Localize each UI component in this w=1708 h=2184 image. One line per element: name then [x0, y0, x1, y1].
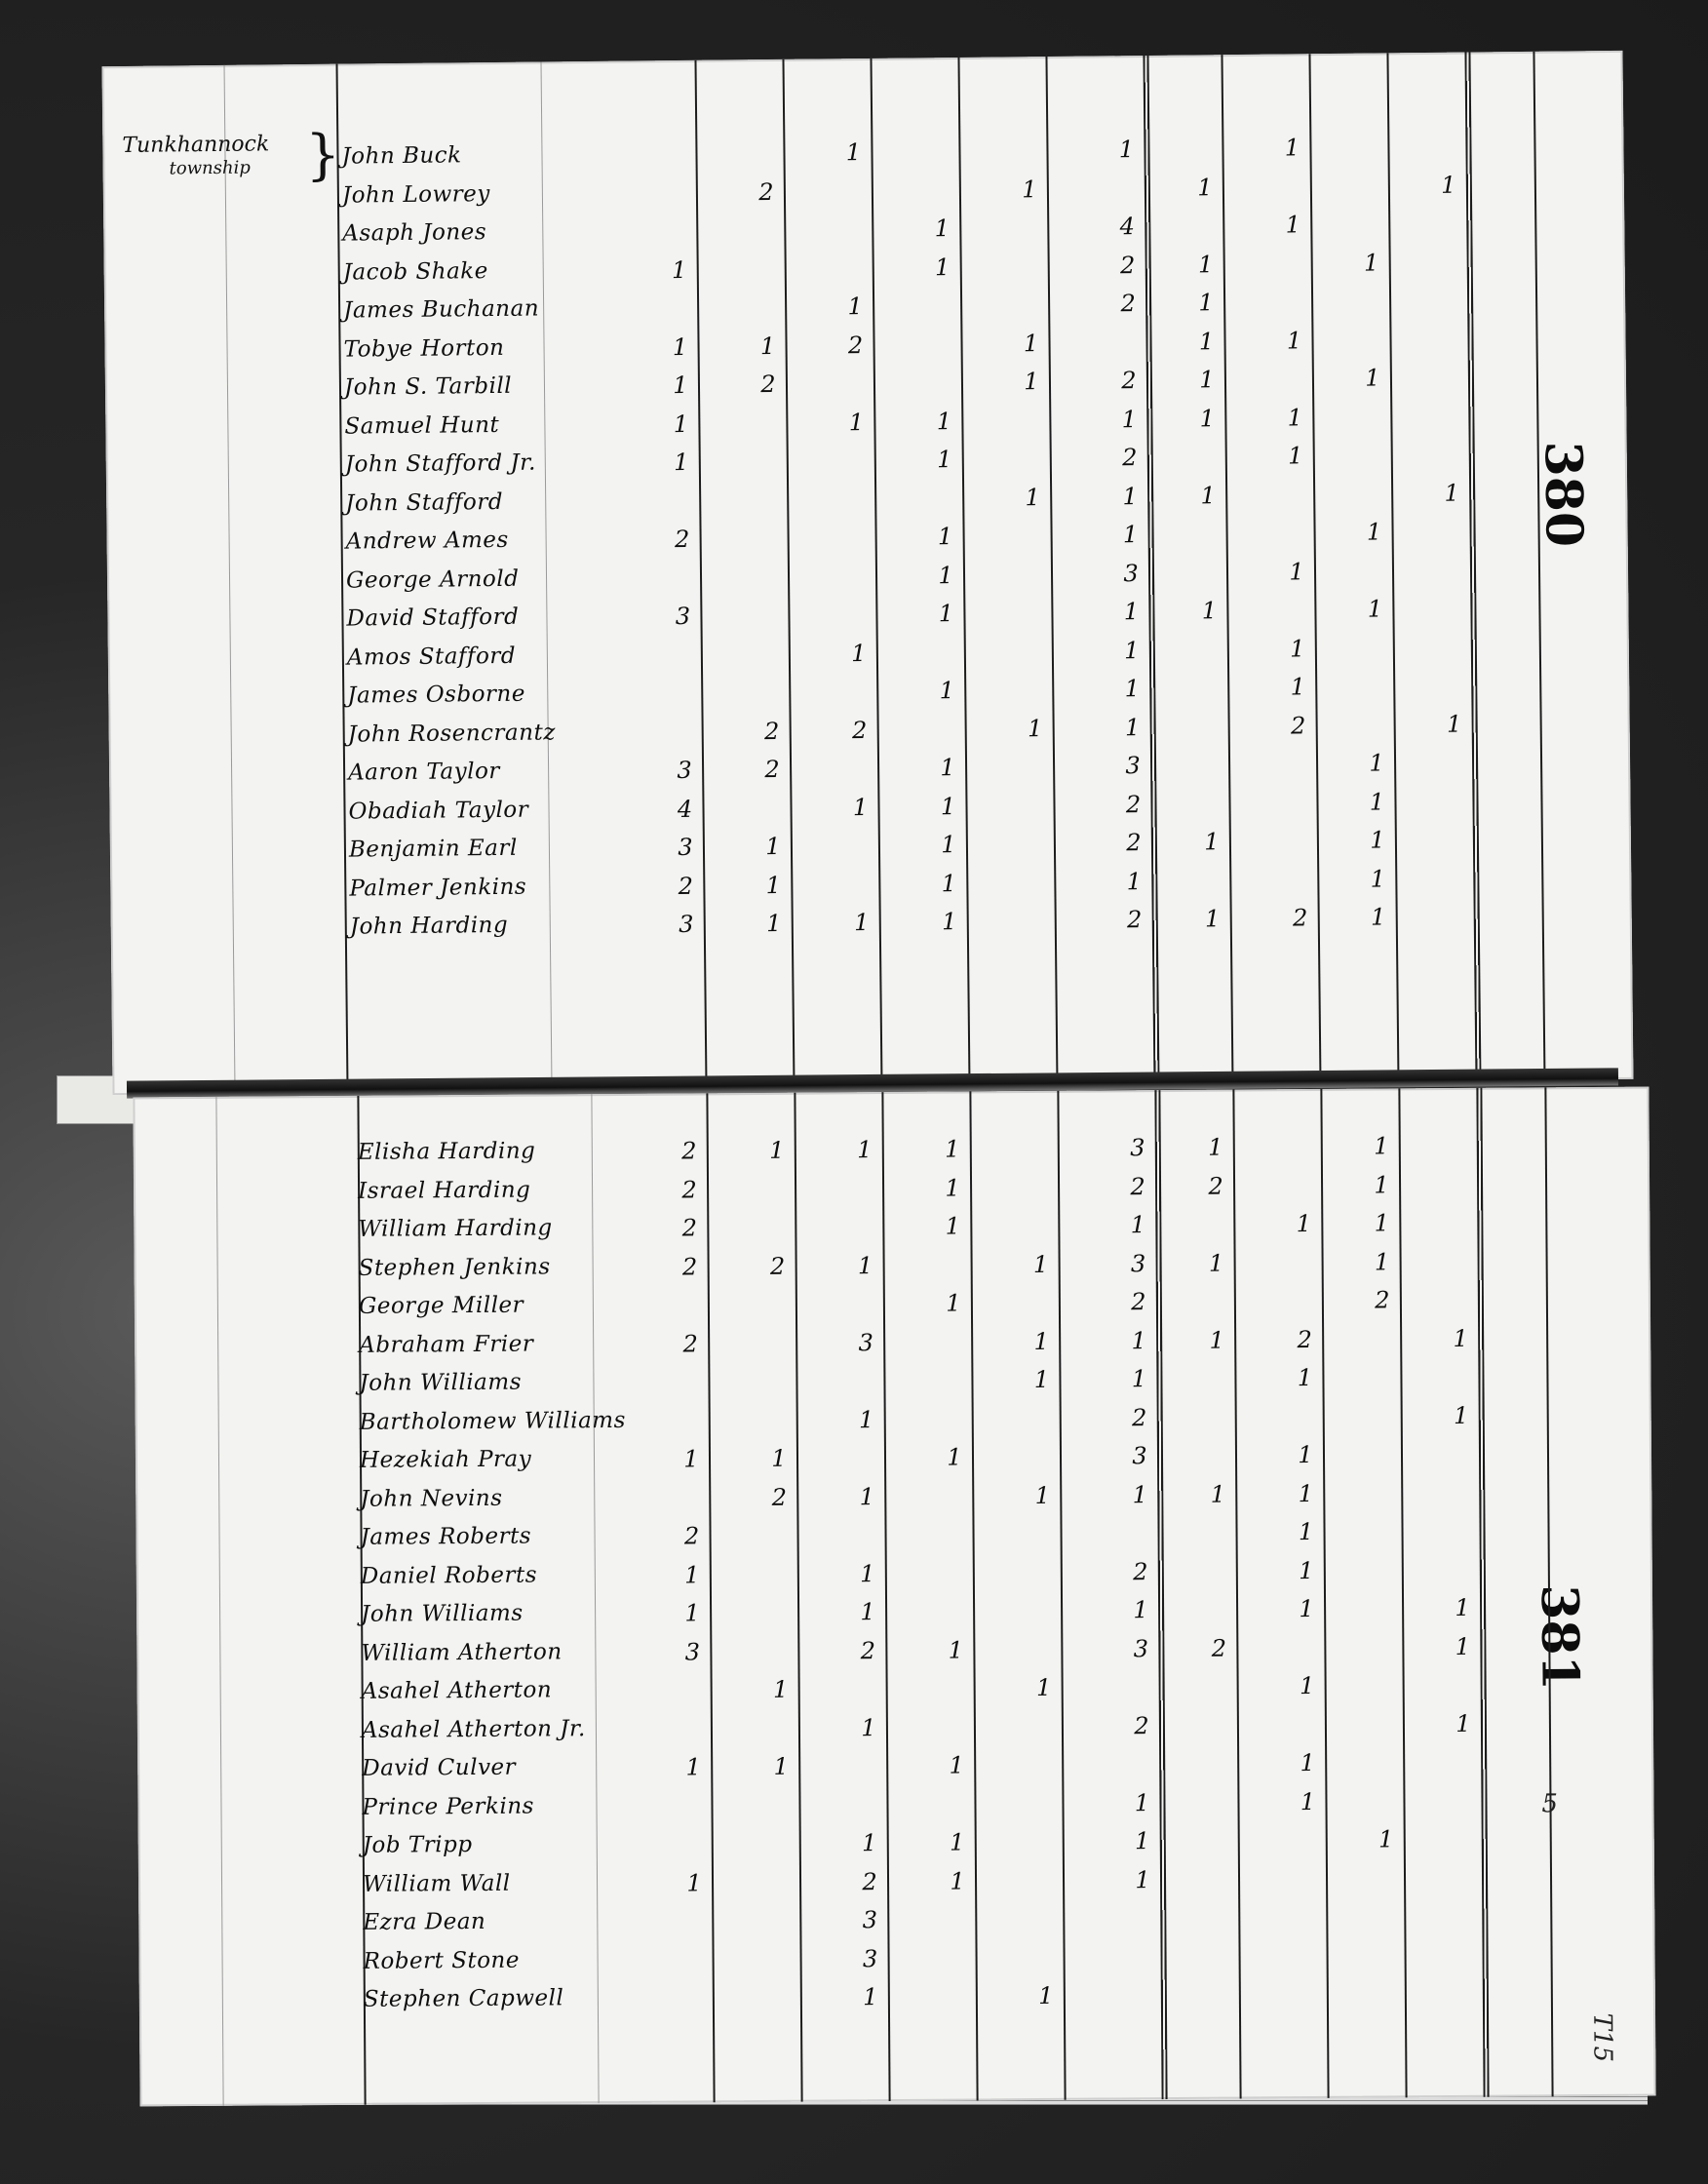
tally-cell: 1	[912, 214, 971, 243]
brace-mark: }	[305, 129, 340, 183]
resident-name: John Lowrey	[342, 180, 551, 221]
tally-cell: 1	[738, 331, 796, 360]
tally-cell: 1	[833, 909, 891, 937]
tally-cell: 1	[1275, 1364, 1334, 1391]
tally-cell: 1	[1002, 368, 1061, 396]
tally-cell: 1	[920, 908, 979, 936]
resident-name: James Buchanan	[343, 295, 552, 336]
tally-cell: 1	[919, 831, 978, 859]
tally-cell: 1	[750, 1445, 808, 1472]
resident-name: Stephen Capwell	[364, 1985, 630, 2025]
column-rule	[794, 1093, 802, 2102]
tally-cell: 1	[1345, 595, 1404, 623]
tally-cell: 1	[915, 446, 974, 474]
tally-cell: 1	[1352, 1171, 1411, 1198]
tally-cell: 2	[739, 370, 797, 399]
tally-cell: 1	[1178, 366, 1236, 394]
tally-cell: 2	[652, 526, 711, 554]
tally-cell: 1	[1276, 1441, 1335, 1468]
tally-cell: 2	[660, 1214, 718, 1241]
tally-cell: 1	[1343, 364, 1402, 392]
resident-name: Jacob Shake	[343, 257, 552, 298]
resident-name: Robert Stone	[364, 1946, 630, 1986]
tally-cell: 1	[917, 677, 976, 705]
tally-cell: 1	[1344, 518, 1403, 546]
resident-name: Daniel Roberts	[361, 1561, 627, 1601]
tally-cell: 1	[841, 1983, 900, 2010]
tally-cell: 2	[662, 1522, 720, 1549]
tally-cell: 3	[655, 757, 714, 785]
tally-cell: 1	[1178, 405, 1236, 433]
resident-name: William Atherton	[361, 1638, 627, 1678]
tally-cell: 2	[1271, 904, 1330, 932]
tally-cell: 1	[1015, 1674, 1073, 1701]
tally-cell: 1	[915, 523, 974, 551]
column-rule	[1533, 52, 1545, 1080]
tally-cell: 1	[663, 1599, 721, 1626]
name-list: Elisha HardingIsrael HardingWilliam Hard…	[358, 1138, 630, 2025]
tally-cell: 1	[1187, 1249, 1246, 1276]
tally-cell: 1	[1352, 1132, 1411, 1159]
column-rule	[1320, 1089, 1329, 2098]
tally-cell: 2	[826, 331, 884, 359]
tally-cell: 2	[660, 1176, 718, 1203]
tally-cell: 1	[831, 793, 889, 821]
corner-mark: T15	[1587, 2013, 1616, 2063]
tally-cell: 1	[1274, 1210, 1333, 1237]
tally-cell: 1	[664, 1753, 722, 1780]
resident-name: Ezra Dean	[363, 1908, 629, 1948]
tally-cell: 1	[650, 332, 709, 361]
tally-cell: 1	[1277, 1595, 1336, 1622]
tally-cell: 1	[923, 1135, 982, 1162]
tally-cell: 1	[838, 1559, 897, 1586]
column-rule	[1464, 52, 1481, 1080]
tally-cell: 4	[655, 795, 714, 823]
resident-name: David Stafford	[346, 604, 555, 644]
tally-cell: 1	[927, 1751, 986, 1778]
tally-cell: 1	[1348, 865, 1407, 893]
tally-cell: 1	[1184, 905, 1242, 933]
tally-cell: 1	[745, 910, 803, 938]
tally-cell: 1	[1012, 1327, 1070, 1354]
tally-cell: 1	[1277, 1556, 1336, 1583]
resident-name: Asahel Atherton	[362, 1677, 628, 1717]
column-rule	[969, 1091, 978, 2100]
tally-cell: 2	[750, 1483, 808, 1510]
ledger-page-top: Tunkhannock township } John BuckJohn Low…	[102, 51, 1634, 1095]
tally-cell: 1	[919, 869, 978, 897]
tally-cell: 1	[1266, 442, 1325, 470]
tally-cell: 1	[824, 138, 882, 167]
resident-name: George Arnold	[346, 565, 555, 606]
tally-cell: 3	[840, 1944, 899, 1971]
tally-cell: 1	[1180, 597, 1238, 625]
resident-name: John S. Tarbill	[344, 372, 553, 413]
tally-cell: 1	[1013, 1481, 1071, 1508]
column-rule	[1057, 1091, 1066, 2100]
tally-cell: 2	[838, 1636, 897, 1663]
resident-name: John Stafford Jr.	[345, 449, 554, 490]
tally-cell: 1	[1179, 482, 1237, 510]
tally-cell: 1	[835, 1136, 894, 1163]
tally-cell: 1	[1176, 174, 1234, 202]
tally-cell: 1	[918, 792, 977, 820]
tally-cell: 1	[1186, 1133, 1245, 1160]
resident-name: Bartholomew Williams	[360, 1407, 626, 1447]
resident-name: Aaron Taylor	[348, 758, 557, 799]
tally-cell: 2	[1353, 1286, 1412, 1313]
tally-cell: 2	[1269, 712, 1328, 740]
tally-cell: 2	[743, 717, 801, 745]
tally-cell: 1	[914, 407, 973, 435]
tally-cell: 1	[1001, 329, 1060, 357]
tally-cell: 2	[831, 716, 889, 744]
resident-name: Prince Perkins	[362, 1792, 628, 1832]
tally-cell: 2	[737, 177, 796, 206]
tally-cell: 1	[1267, 558, 1326, 586]
resident-name: Abraham Frier	[359, 1330, 625, 1370]
column-rule	[706, 1093, 715, 2102]
tally-cell: 1	[1268, 673, 1327, 701]
tally-cell: 1	[1276, 1518, 1335, 1545]
tally-cell: 1	[923, 1174, 982, 1201]
tally-cell: 2	[1275, 1325, 1334, 1352]
resident-name: Job Tripp	[363, 1831, 629, 1871]
tally-cell: 2	[656, 872, 715, 900]
tally-cell: 1	[752, 1676, 810, 1703]
resident-name: John Rosencrantz	[348, 720, 557, 760]
column-rule	[1476, 1088, 1489, 2097]
tally-cell: 1	[1262, 134, 1321, 162]
tally-cell: 1	[752, 1753, 810, 1780]
tally-cell: 1	[1187, 1326, 1246, 1353]
resident-name: Tobye Horton	[343, 334, 552, 375]
column-rule	[1398, 1088, 1407, 2097]
tally-cell: 1	[830, 639, 888, 667]
tally-cell: 1	[1278, 1672, 1337, 1699]
tally-cell: 1	[1352, 1209, 1411, 1236]
tally-cell: 2	[661, 1253, 719, 1280]
page-number-bottom: 381	[1530, 1584, 1590, 1691]
tally-cell: 1	[1188, 1480, 1247, 1507]
resident-name: John Harding	[350, 912, 559, 953]
margin-rule	[224, 65, 236, 1094]
margin-rule	[215, 1097, 223, 2106]
tally-cell: 1	[1349, 903, 1408, 931]
tally-cell: 1	[1006, 714, 1065, 742]
tally-cell: 1	[928, 1828, 987, 1855]
tally-cell: 1	[836, 1251, 895, 1278]
resident-name: Asahel Atherton Jr.	[362, 1715, 628, 1755]
ledger-page-bottom: Elisha HardingIsrael HardingWilliam Hard…	[133, 1087, 1655, 2107]
resident-name: George Miller	[359, 1292, 625, 1332]
column-rule	[1232, 1090, 1241, 2099]
township-name: Tunkhannock	[122, 132, 269, 158]
tally-cell: 1	[1347, 749, 1406, 777]
tally-cell: 1	[923, 1212, 982, 1239]
tally-cell: 1	[925, 1443, 984, 1470]
tally-cell: 1	[928, 1867, 987, 1894]
resident-name: Samuel Hunt	[344, 411, 553, 452]
tally-cell: 1	[744, 871, 802, 899]
tally-cell: 1	[1263, 211, 1322, 239]
tally-cell: 1	[1342, 249, 1401, 277]
tally-cell: 1	[1357, 1825, 1416, 1852]
tally-cell: 2	[1186, 1172, 1245, 1199]
column-rule	[1154, 1090, 1167, 2099]
township-label: Tunkhannock township	[122, 133, 269, 181]
tally-cell: 1	[1278, 1787, 1337, 1814]
resident-name: Elisha Harding	[358, 1138, 624, 1178]
resident-name: James Osborne	[347, 681, 556, 721]
resident-name: Obadiah Taylor	[348, 797, 557, 838]
name-list: John BuckJohn LowreyAsaph JonesJacob Sha…	[341, 141, 558, 953]
tally-cell: 1	[1348, 826, 1407, 854]
tally-cell: 1	[1177, 328, 1235, 356]
tally-cell: 1	[651, 371, 710, 400]
resident-name: Asaph Jones	[342, 218, 551, 259]
tally-cell: 1	[924, 1289, 983, 1316]
resident-name: John Stafford	[345, 488, 554, 529]
tally-cell: 2	[749, 1252, 807, 1279]
tally-cell: 1	[913, 253, 972, 281]
tally-cell: 3	[656, 834, 715, 862]
tally-cell: 1	[1278, 1749, 1337, 1776]
tally-cell: 1	[1347, 788, 1406, 816]
tally-cell: 1	[651, 409, 710, 438]
resident-name: Amos Stafford	[347, 643, 556, 683]
tally-cell: 1	[827, 408, 885, 436]
resident-name: Israel Harding	[358, 1176, 624, 1216]
tally-cell: 1	[916, 561, 975, 589]
tally-cell: 1	[839, 1713, 898, 1740]
tally-cell: 1	[1012, 1250, 1070, 1277]
tally-cell: 1	[1353, 1248, 1412, 1275]
tally-cell: 3	[840, 1906, 899, 1933]
tally-cell: 1	[1276, 1479, 1335, 1506]
tally-cell: 2	[840, 1867, 899, 1894]
tally-cell: 1	[826, 292, 884, 321]
resident-name: William Harding	[358, 1215, 624, 1255]
tally-cell: 1	[662, 1445, 720, 1472]
tally-cell: 1	[665, 1869, 723, 1896]
resident-name: David Culver	[362, 1754, 628, 1794]
tally-cell: 1	[1012, 1366, 1070, 1393]
resident-name: William Wall	[363, 1869, 629, 1909]
tally-cell: 2	[743, 756, 801, 784]
tally-cell: 1	[837, 1482, 896, 1509]
resident-name: John Williams	[359, 1369, 625, 1409]
tally-cell: 1	[838, 1598, 897, 1625]
column-rule	[1045, 57, 1058, 1085]
tally-cell: 1	[1003, 483, 1062, 511]
resident-name: John Nevins	[360, 1484, 626, 1524]
tally-cell: 1	[837, 1405, 896, 1432]
tally-cell: 1	[663, 1561, 721, 1588]
township-sub: township	[123, 156, 270, 181]
resident-name: Hezekiah Pray	[360, 1446, 626, 1486]
tally-cell: 3	[657, 911, 716, 939]
tally-cell: 1	[1264, 327, 1323, 355]
tally-cell: 1	[1265, 404, 1324, 432]
resident-name: John Buck	[341, 141, 550, 182]
tally-cell: 1	[1000, 175, 1059, 203]
tally-cell: 3	[653, 603, 712, 631]
tally-cell: 1	[1017, 1982, 1075, 2009]
tally-cell: 1	[748, 1137, 806, 1164]
resident-name: Palmer Jenkins	[349, 874, 558, 915]
tally-cell: 1	[916, 600, 975, 628]
tally-cell: 2	[1189, 1634, 1248, 1661]
resident-name: John Williams	[361, 1600, 627, 1640]
resident-name: Benjamin Earl	[349, 835, 558, 876]
tally-cell: 1	[840, 1829, 899, 1856]
page-number-top: 380	[1533, 441, 1594, 547]
tally-cell: 1	[1177, 251, 1235, 279]
tally-cell: 3	[663, 1638, 721, 1665]
resident-name: Stephen Jenkins	[359, 1253, 625, 1293]
tally-cell: 1	[1268, 635, 1327, 663]
tally-cell: 2	[660, 1137, 718, 1164]
tally-cell: 3	[836, 1328, 895, 1355]
resident-name: Andrew Ames	[346, 526, 555, 567]
tally-cell: 1	[652, 448, 711, 477]
tally-cell: 1	[926, 1636, 985, 1663]
resident-name: James Roberts	[360, 1523, 626, 1563]
tally-cell: 1	[744, 833, 802, 861]
tally-cell: 1	[1183, 828, 1241, 856]
tally-cell: 1	[918, 754, 977, 782]
tally-cell: 2	[661, 1330, 719, 1357]
tally-cell: 1	[1177, 289, 1235, 317]
tally-cell: 1	[650, 255, 709, 284]
